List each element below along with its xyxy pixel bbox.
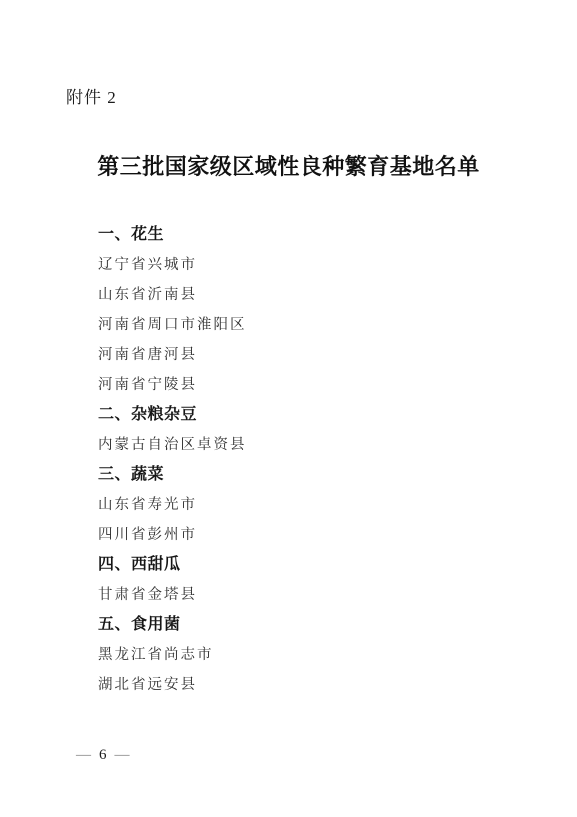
base-list-item: 湖北省远安县 — [98, 670, 518, 700]
base-list-item: 四川省彭州市 — [98, 520, 518, 550]
base-list-item: 河南省宁陵县 — [98, 370, 518, 400]
document-page: 附件 2 第三批国家级区域性良种繁育基地名单 一、花生辽宁省兴城市山东省沂南县河… — [0, 0, 577, 817]
base-list-item: 山东省寿光市 — [98, 490, 518, 520]
footer-right-dash: — — [109, 747, 136, 763]
section-heading: 三、蔬菜 — [98, 460, 518, 490]
document-title: 第三批国家级区域性良种繁育基地名单 — [0, 150, 577, 181]
base-list-item: 黑龙江省尚志市 — [98, 640, 518, 670]
footer-left-dash: — — [70, 747, 97, 763]
base-list-item: 山东省沂南县 — [98, 280, 518, 310]
base-list: 一、花生辽宁省兴城市山东省沂南县河南省周口市淮阳区河南省唐河县河南省宁陵县二、杂… — [98, 220, 518, 700]
page-footer: —6— — [70, 744, 136, 766]
section-heading: 四、西甜瓜 — [98, 550, 518, 580]
section-heading: 二、杂粮杂豆 — [98, 400, 518, 430]
base-list-item: 河南省周口市淮阳区 — [98, 310, 518, 340]
base-list-item: 辽宁省兴城市 — [98, 250, 518, 280]
base-list-item: 内蒙古自治区卓资县 — [98, 430, 518, 460]
section-heading: 五、食用菌 — [98, 610, 518, 640]
page-number: 6 — [97, 747, 109, 763]
attachment-label: 附件 2 — [66, 83, 117, 108]
base-list-item: 甘肃省金塔县 — [98, 580, 518, 610]
section-heading: 一、花生 — [98, 220, 518, 250]
base-list-item: 河南省唐河县 — [98, 340, 518, 370]
